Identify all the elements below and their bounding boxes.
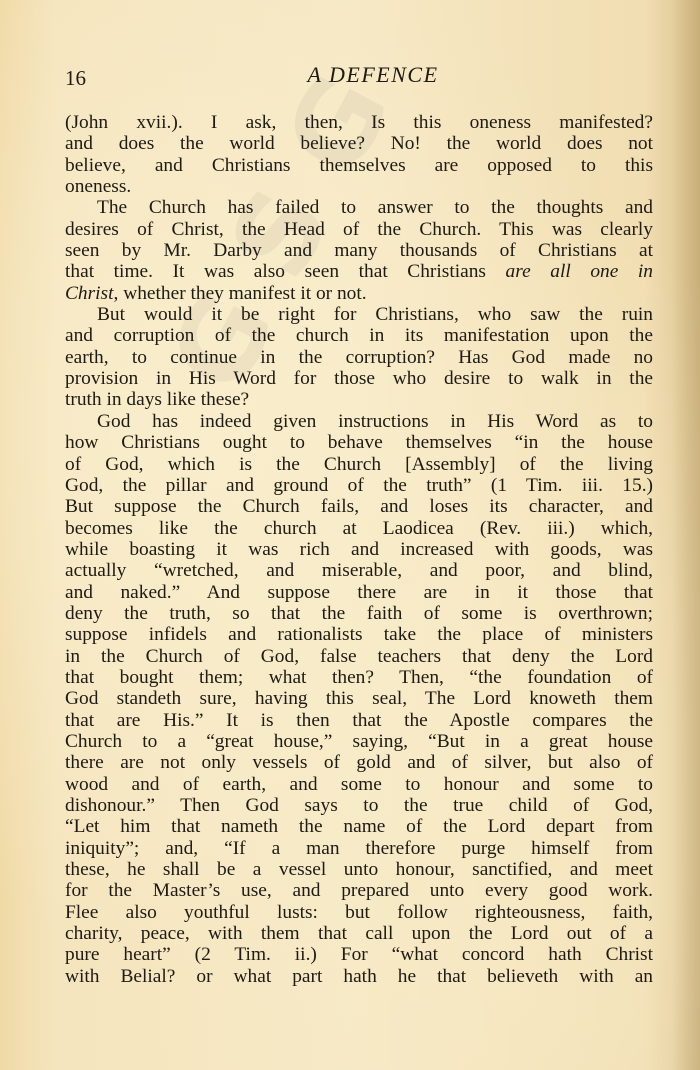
text-line: desires of Christ, the Head of the Churc… xyxy=(65,219,653,240)
text-line: pure heart” (2 Tim. ii.) For “what conco… xyxy=(65,944,653,965)
text-line: oneness. xyxy=(65,176,653,197)
text-line: and does the world believe? No! the worl… xyxy=(65,133,653,154)
text-line: with Belial? or what part hath he that b… xyxy=(65,966,653,987)
body-text: (John xvii.). I ask, then, Is this onene… xyxy=(65,112,653,987)
text-line: God has indeed given instructions in His… xyxy=(65,411,653,432)
running-head: 16 A DEFENCE xyxy=(65,62,653,90)
text-line: God, the pillar and ground of the truth”… xyxy=(65,475,653,496)
text-line: But suppose the Church fails, and loses … xyxy=(65,496,653,517)
text-line: deny the truth, so that the faith of som… xyxy=(65,603,653,624)
text-line: But would it be right for Christians, wh… xyxy=(65,304,653,325)
text-line: and naked.” And suppose there are in it … xyxy=(65,582,653,603)
text-line: Church to a “great house,” saying, “But … xyxy=(65,731,653,752)
text-line: actually “wretched, and miserable, and p… xyxy=(65,560,653,581)
text-line: that time. It was also seen that Christi… xyxy=(65,261,653,282)
text-line: Flee also youthful lusts: but follow rig… xyxy=(65,902,653,923)
italic-emphasis: Christ xyxy=(65,283,114,304)
text-line: for the Master’s use, and prepared unto … xyxy=(65,880,653,901)
text-line: charity, peace, with them that call upon… xyxy=(65,923,653,944)
text-line: Christ, whether they manifest it or not. xyxy=(65,283,653,304)
text-run: , whether they manifest it or not. xyxy=(114,283,367,304)
text-line: truth in days like these? xyxy=(65,389,653,410)
text-run: that time. It was also seen that Christi… xyxy=(65,261,506,282)
text-line: that bought them; what then? Then, “the … xyxy=(65,667,653,688)
text-line: The Church has failed to answer to the t… xyxy=(65,197,653,218)
text-line: while boasting it was rich and increased… xyxy=(65,539,653,560)
text-line: earth, to continue in the corruption? Ha… xyxy=(65,347,653,368)
text-line: seen by Mr. Darby and many thousands of … xyxy=(65,240,653,261)
text-line: suppose infidels and rationalists take t… xyxy=(65,624,653,645)
text-line: “Let him that nameth the name of the Lor… xyxy=(65,816,653,837)
text-line: how Christians ought to behave themselve… xyxy=(65,432,653,453)
text-line: and corruption of the church in its mani… xyxy=(65,325,653,346)
italic-emphasis: are all one in xyxy=(506,261,653,282)
text-line: becomes like the church at Laodicea (Rev… xyxy=(65,518,653,539)
page-edge-shadow xyxy=(672,0,700,1070)
text-line: wood and of earth, and some to honour an… xyxy=(65,774,653,795)
text-line: (John xvii.). I ask, then, Is this onene… xyxy=(65,112,653,133)
text-line: of God, which is the Church [Assembly] o… xyxy=(65,454,653,475)
text-line: believe, and Christians themselves are o… xyxy=(65,155,653,176)
text-line: these, he shall be a vessel unto honour,… xyxy=(65,859,653,880)
text-line: in the Church of God, false teachers tha… xyxy=(65,646,653,667)
text-line: provision in His Word for those who desi… xyxy=(65,368,653,389)
text-line: dishonour.” Then God says to the true ch… xyxy=(65,795,653,816)
text-line: God standeth sure, having this seal, The… xyxy=(65,688,653,709)
running-title: A DEFENCE xyxy=(65,62,653,88)
text-line: that are His.” It is then that the Apost… xyxy=(65,710,653,731)
text-line: there are not only vessels of gold and o… xyxy=(65,752,653,773)
book-page: G S G 16 A DEFENCE (John xvii.). I ask, … xyxy=(0,0,700,1070)
text-line: iniquity”; and, “If a man therefore purg… xyxy=(65,838,653,859)
